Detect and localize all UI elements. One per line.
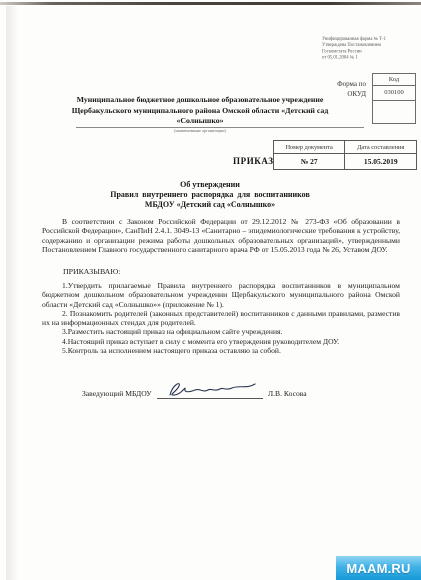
resolution-word: ПРИКАЗЫВАЮ: [63, 267, 120, 276]
date-column-header: Дата составления [345, 141, 417, 154]
order-title-line: МБДОУ «Детский сад «Солнышко» [40, 200, 380, 210]
scanned-order-document: Унифицированная форма № Т-1 Утверждена П… [0, 0, 421, 580]
order-title: Об утверждении Правил внутреннего распор… [40, 180, 380, 210]
order-meta-table: Номер документа Дата составления № 27 15… [273, 140, 417, 170]
signatory-role: Заведующий МБДОУ [82, 389, 152, 398]
signatory-name: Л.В. Косова [268, 389, 307, 398]
handwritten-signature-icon [160, 376, 260, 402]
organization-name-line: Муниципальное бюджетное дошкольное образ… [30, 95, 370, 106]
code-header-cell: Код [373, 74, 415, 86]
scan-shadow-artifact [6, 6, 18, 580]
organization-name: Муниципальное бюджетное дошкольное образ… [30, 95, 370, 127]
signature-block: Заведующий МБДОУ Л.В. Косова [0, 388, 421, 408]
order-date-value: 15.05.2019 [345, 154, 417, 170]
order-number-value: № 27 [274, 154, 345, 170]
organization-name-line: Щербакульского муниципального района Омс… [30, 106, 370, 117]
order-item: 1.Утвердить прилагаемые Правила внутренн… [42, 281, 400, 309]
okud-code-box: Код 030100 [372, 73, 416, 124]
order-title-line: Правил внутреннего распорядка для воспит… [40, 190, 380, 200]
unified-form-note: Унифицированная форма № Т-1 Утверждена П… [322, 36, 416, 61]
order-heading: ПРИКАЗ [233, 156, 274, 166]
scan-edge-artifact [0, 2, 421, 5]
organization-name-line: «Солнышко» [30, 116, 370, 127]
maam-watermark-badge: MAAM.RU [336, 556, 421, 580]
order-preamble: В соответствии с Законом Российской Феде… [42, 217, 400, 254]
organization-caption: (наименование организации) [81, 129, 319, 133]
form-note-line: от 05.01.2004 № 1 [322, 55, 416, 61]
order-items-list: 1.Утвердить прилагаемые Правила внутренн… [42, 281, 400, 355]
order-item: 2. Познакомить родителей (законных предс… [42, 309, 400, 328]
order-item: 5.Контроль за исполнением настоящего при… [42, 346, 400, 355]
okud-label-line: Форма по [266, 80, 366, 90]
order-title-line: Об утверждении [40, 180, 380, 190]
number-column-header: Номер документа [274, 141, 345, 154]
code-value-cell: 030100 [373, 86, 415, 101]
order-item: 3.Разместить настоящий приказ на официал… [42, 327, 400, 336]
order-item: 4.Настоящий приказ вступает в силу с мом… [42, 337, 400, 346]
organization-underline [76, 127, 364, 128]
